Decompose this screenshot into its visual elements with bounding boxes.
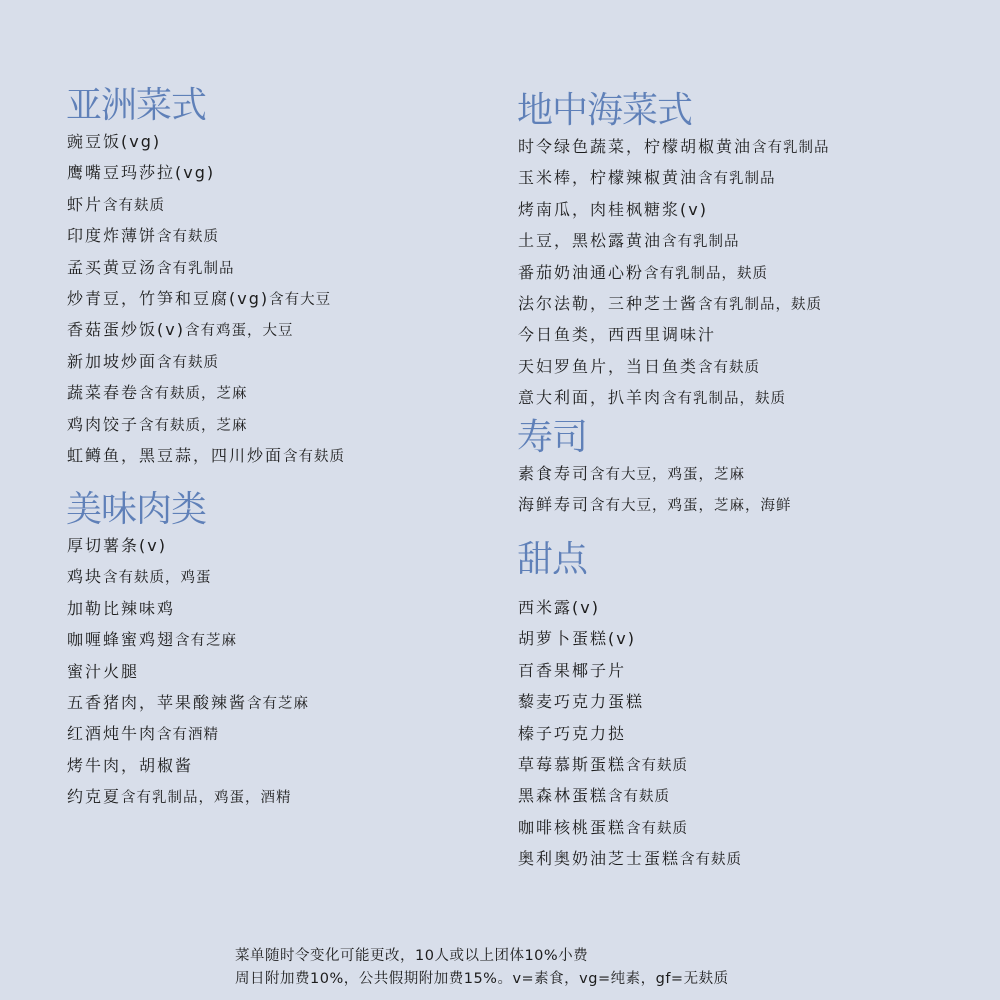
item-allergen: 含有芝麻 xyxy=(247,696,309,712)
item-name: 印度炸薄饼 xyxy=(67,226,157,245)
item-name: 烤南瓜，肉桂枫糖浆(v) xyxy=(518,200,708,219)
item-allergen: 含有芝麻 xyxy=(175,633,237,649)
item-name: 法尔法勒，三种芝士酱 xyxy=(518,294,698,313)
item-allergen: 含有麸质 xyxy=(626,758,688,774)
item-allergen: 含有麸质 xyxy=(283,449,345,465)
item-name: 豌豆饭(vg) xyxy=(67,132,161,151)
item-allergen: 含有麸质 xyxy=(103,198,165,214)
menu-item: 时令绿色蔬菜，柠檬胡椒黄油含有乳制品 xyxy=(517,131,830,162)
item-name: 西米露(v) xyxy=(518,598,600,617)
menu-item: 蔬菜春卷含有麸质，芝麻 xyxy=(66,377,345,408)
menu-list: 素食寿司含有大豆，鸡蛋，芝麻海鲜寿司含有大豆，鸡蛋，芝麻，海鲜 xyxy=(517,458,792,521)
item-name: 炒青豆，竹笋和豆腐(vg) xyxy=(67,289,269,308)
menu-item: 鸡肉饺子含有麸质，芝麻 xyxy=(66,409,345,440)
menu-item: 新加坡炒面含有麸质 xyxy=(66,346,345,377)
item-name: 鹰嘴豆玛莎拉(vg) xyxy=(67,163,215,182)
menu-item: 咖喱蜂蜜鸡翅含有芝麻 xyxy=(66,624,309,655)
menu-item: 厚切薯条(v) xyxy=(66,530,309,561)
menu-item: 约克夏含有乳制品，鸡蛋，酒精 xyxy=(66,781,309,812)
item-name: 素食寿司 xyxy=(518,464,590,483)
item-name: 咖喱蜂蜜鸡翅 xyxy=(67,630,175,649)
menu-item: 虹鳟鱼，黑豆蒜，四川炒面含有麸质 xyxy=(66,440,345,471)
item-name: 时令绿色蔬菜，柠檬胡椒黄油 xyxy=(518,137,752,156)
menu-item: 藜麦巧克力蛋糕 xyxy=(517,686,742,717)
item-name: 咖啡核桃蛋糕 xyxy=(518,818,626,837)
item-allergen: 含有乳制品 xyxy=(157,261,235,277)
item-name: 黑森林蛋糕 xyxy=(518,786,608,805)
menu-list: 时令绿色蔬菜，柠檬胡椒黄油含有乳制品玉米棒，柠檬辣椒黄油含有乳制品烤南瓜，肉桂枫… xyxy=(517,131,830,414)
item-allergen: 含有乳制品，麸质 xyxy=(644,266,768,282)
item-name: 约克夏 xyxy=(67,787,121,806)
menu-item: 番茄奶油通心粉含有乳制品，麸质 xyxy=(517,257,830,288)
item-name: 厚切薯条(v) xyxy=(67,536,167,555)
item-name: 意大利面，扒羊肉 xyxy=(518,388,662,407)
item-name: 番茄奶油通心粉 xyxy=(518,263,644,282)
section-title: 地中海菜式 xyxy=(517,91,830,131)
item-allergen: 含有乳制品，麸质 xyxy=(662,391,786,407)
item-allergen: 含有麸质，芝麻 xyxy=(139,418,248,434)
item-name: 榛子巧克力挞 xyxy=(518,724,626,743)
menu-item: 红酒炖牛肉含有酒精 xyxy=(66,718,309,749)
menu-item: 孟买黄豆汤含有乳制品 xyxy=(66,252,345,283)
menu-item: 榛子巧克力挞 xyxy=(517,718,742,749)
menu-item: 天妇罗鱼片，当日鱼类含有麸质 xyxy=(517,351,830,382)
item-name: 蔬菜春卷 xyxy=(67,383,139,402)
menu-item: 奥利奥奶油芝士蛋糕含有麸质 xyxy=(517,843,742,874)
footer-line-1: 菜单随时令变化可能更改，10人或以上团体10%小费 xyxy=(235,945,729,968)
menu-item: 今日鱼类，西西里调味汁 xyxy=(517,319,830,350)
menu-item: 鸡块含有麸质，鸡蛋 xyxy=(66,561,309,592)
item-name: 蜜汁火腿 xyxy=(67,662,139,681)
item-name: 鸡肉饺子 xyxy=(67,415,139,434)
item-name: 百香果椰子片 xyxy=(518,661,626,680)
menu-item: 烤南瓜，肉桂枫糖浆(v) xyxy=(517,194,830,225)
menu-item: 印度炸薄饼含有麸质 xyxy=(66,220,345,251)
item-allergen: 含有麸质 xyxy=(157,355,219,371)
menu-item: 蜜汁火腿 xyxy=(66,656,309,687)
item-allergen: 含有麸质 xyxy=(626,821,688,837)
item-allergen: 含有乳制品，鸡蛋，酒精 xyxy=(121,790,292,806)
item-allergen: 含有麸质 xyxy=(608,789,670,805)
item-name: 海鲜寿司 xyxy=(518,495,590,514)
menu-item: 虾片含有麸质 xyxy=(66,189,345,220)
item-allergen: 含有乳制品 xyxy=(662,234,740,250)
item-allergen: 含有乳制品 xyxy=(752,140,830,156)
section-meat: 美味肉类 厚切薯条(v)鸡块含有麸质，鸡蛋加勒比辣味鸡咖喱蜂蜜鸡翅含有芝麻蜜汁火… xyxy=(66,490,309,813)
item-allergen: 含有大豆，鸡蛋，芝麻，海鲜 xyxy=(590,498,792,514)
item-name: 孟买黄豆汤 xyxy=(67,258,157,277)
menu-item: 黑森林蛋糕含有麸质 xyxy=(517,780,742,811)
item-name: 新加坡炒面 xyxy=(67,352,157,371)
menu-item: 法尔法勒，三种芝士酱含有乳制品，麸质 xyxy=(517,288,830,319)
item-name: 五香猪肉，苹果酸辣酱 xyxy=(67,693,247,712)
item-allergen: 含有酒精 xyxy=(157,727,219,743)
menu-list: 西米露(v)胡萝卜蛋糕(v)百香果椰子片藜麦巧克力蛋糕榛子巧克力挞草莓慕斯蛋糕含… xyxy=(517,592,742,875)
item-name: 今日鱼类，西西里调味汁 xyxy=(518,325,716,344)
menu-item: 西米露(v) xyxy=(517,592,742,623)
item-allergen: 含有麸质 xyxy=(680,852,742,868)
section-title: 美味肉类 xyxy=(66,490,309,530)
item-allergen: 含有麸质 xyxy=(698,360,760,376)
menu-item: 胡萝卜蛋糕(v) xyxy=(517,623,742,654)
item-name: 土豆，黑松露黄油 xyxy=(518,231,662,250)
menu-item: 意大利面，扒羊肉含有乳制品，麸质 xyxy=(517,382,830,413)
item-name: 玉米棒，柠檬辣椒黄油 xyxy=(518,168,698,187)
item-name: 鸡块 xyxy=(67,567,103,586)
menu-item: 素食寿司含有大豆，鸡蛋，芝麻 xyxy=(517,458,792,489)
item-name: 虹鳟鱼，黑豆蒜，四川炒面 xyxy=(67,446,283,465)
item-allergen: 含有乳制品 xyxy=(698,171,776,187)
item-allergen: 含有鸡蛋，大豆 xyxy=(185,323,294,339)
item-name: 香菇蛋炒饭(v) xyxy=(67,320,185,339)
item-name: 烤牛肉，胡椒酱 xyxy=(67,756,193,775)
footer-line-2: 周日附加费10%，公共假期附加费15%。v=素食，vg=纯素，gf=无麸质 xyxy=(235,968,729,991)
item-allergen: 含有麸质，芝麻 xyxy=(139,386,248,402)
menu-item: 土豆，黑松露黄油含有乳制品 xyxy=(517,225,830,256)
item-allergen: 含有大豆，鸡蛋，芝麻 xyxy=(590,467,745,483)
section-dessert: 甜点 西米露(v)胡萝卜蛋糕(v)百香果椰子片藜麦巧克力蛋糕榛子巧克力挞草莓慕斯… xyxy=(517,540,742,875)
item-name: 红酒炖牛肉 xyxy=(67,724,157,743)
menu-item: 五香猪肉，苹果酸辣酱含有芝麻 xyxy=(66,687,309,718)
menu-item: 豌豆饭(vg) xyxy=(66,126,345,157)
menu-item: 炒青豆，竹笋和豆腐(vg)含有大豆 xyxy=(66,283,345,314)
menu-item: 鹰嘴豆玛莎拉(vg) xyxy=(66,157,345,188)
menu-item: 海鲜寿司含有大豆，鸡蛋，芝麻，海鲜 xyxy=(517,489,792,520)
menu-list: 厚切薯条(v)鸡块含有麸质，鸡蛋加勒比辣味鸡咖喱蜂蜜鸡翅含有芝麻蜜汁火腿五香猪肉… xyxy=(66,530,309,813)
menu-item: 百香果椰子片 xyxy=(517,655,742,686)
menu-item: 咖啡核桃蛋糕含有麸质 xyxy=(517,812,742,843)
menu-item: 烤牛肉，胡椒酱 xyxy=(66,750,309,781)
item-name: 奥利奥奶油芝士蛋糕 xyxy=(518,849,680,868)
item-name: 天妇罗鱼片，当日鱼类 xyxy=(518,357,698,376)
item-name: 藜麦巧克力蛋糕 xyxy=(518,692,644,711)
section-title: 亚洲菜式 xyxy=(66,86,345,126)
item-allergen: 含有麸质 xyxy=(157,229,219,245)
footer-note: 菜单随时令变化可能更改，10人或以上团体10%小费 周日附加费10%，公共假期附… xyxy=(235,945,729,991)
section-asian: 亚洲菜式 豌豆饭(vg)鹰嘴豆玛莎拉(vg)虾片含有麸质印度炸薄饼含有麸质孟买黄… xyxy=(66,86,345,471)
section-mediterranean: 地中海菜式 时令绿色蔬菜，柠檬胡椒黄油含有乳制品玉米棒，柠檬辣椒黄油含有乳制品烤… xyxy=(517,91,830,414)
item-name: 加勒比辣味鸡 xyxy=(67,599,175,618)
item-allergen: 含有麸质，鸡蛋 xyxy=(103,570,212,586)
menu-item: 玉米棒，柠檬辣椒黄油含有乳制品 xyxy=(517,162,830,193)
item-allergen: 含有大豆 xyxy=(269,292,331,308)
section-title: 寿司 xyxy=(517,418,792,458)
section-title: 甜点 xyxy=(517,540,742,580)
item-name: 虾片 xyxy=(67,195,103,214)
menu-item: 草莓慕斯蛋糕含有麸质 xyxy=(517,749,742,780)
item-allergen: 含有乳制品，麸质 xyxy=(698,297,822,313)
section-sushi: 寿司 素食寿司含有大豆，鸡蛋，芝麻海鲜寿司含有大豆，鸡蛋，芝麻，海鲜 xyxy=(517,418,792,521)
menu-item: 加勒比辣味鸡 xyxy=(66,593,309,624)
menu-item: 香菇蛋炒饭(v)含有鸡蛋，大豆 xyxy=(66,314,345,345)
item-name: 草莓慕斯蛋糕 xyxy=(518,755,626,774)
item-name: 胡萝卜蛋糕(v) xyxy=(518,629,636,648)
menu-list: 豌豆饭(vg)鹰嘴豆玛莎拉(vg)虾片含有麸质印度炸薄饼含有麸质孟买黄豆汤含有乳… xyxy=(66,126,345,471)
